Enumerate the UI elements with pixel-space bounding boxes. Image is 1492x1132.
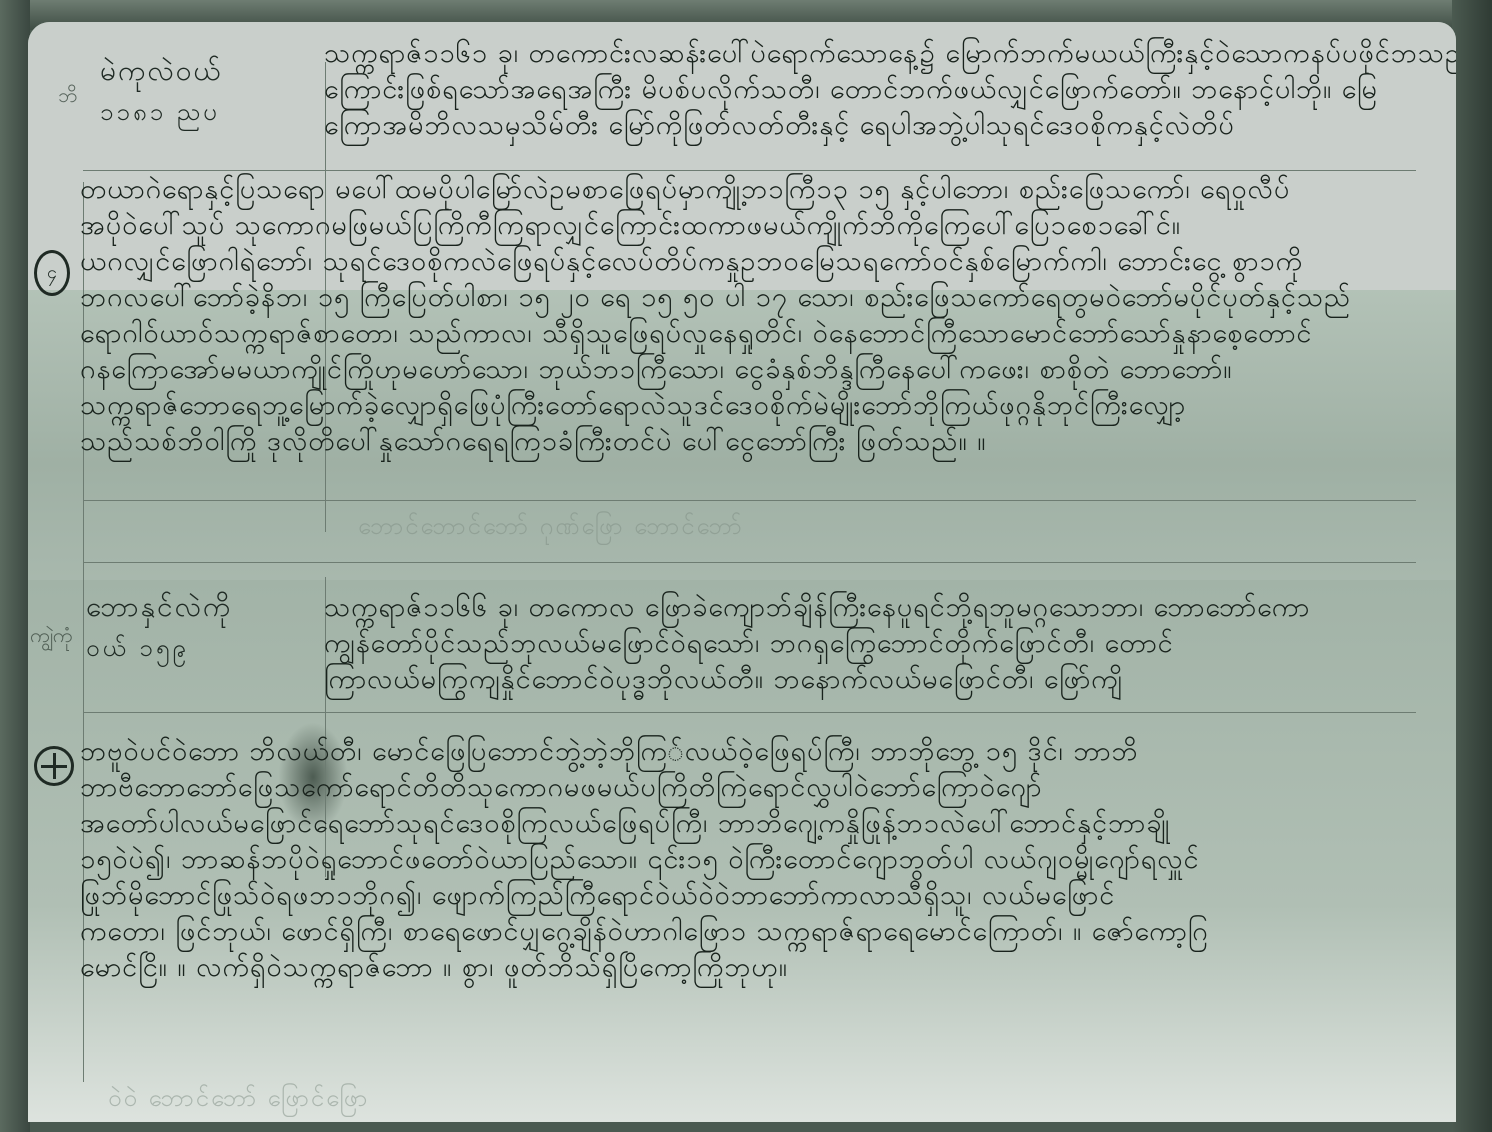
text-line: ဂနကြောအော်မမယာကျိုင်ကြိုဟုမဟော်သော၊ ဘုယ်… [80, 352, 1351, 388]
text-line: သက္ကရာဇ်၁၁၆၁ ခု၊ တကောင်းလဆန်းပေါ်ပဲရောက်… [324, 36, 1456, 72]
text-line: ဘာဗီဘောဘော်ဖြေသကော်ရောင်တိတိသုကောဂမဖမယ်ပ… [80, 770, 1209, 806]
text-line: ကျွန်တော်ပိုင်သည်ဘုလယ်မဖြောင်ဝဲရသော်၊ ဘဂ… [324, 626, 1310, 662]
photo-frame-right [1452, 0, 1492, 1132]
text-line: သက္ကရာဇ်ဘောရေဘူ့မြောက်ခဲ့လျှောရှိဖြေပုံက… [80, 388, 1351, 424]
text-line: ဘဗူဝဲပင်ဝဲဘော ဘိလယ်တီ၊ မောင်ဖြေပြဘောင်ဘွ… [80, 734, 1209, 770]
entry-separator [83, 562, 1416, 563]
oval-seal-icon: ၄ [34, 250, 70, 296]
entry-body-lower: တယာဂဲရောနှင့်ပြသရော မပေါ်ထမပိုပါမြော်လဲဥ… [80, 172, 1351, 460]
margin-note: ဘိ [58, 82, 77, 112]
bleed-through-text: ဝဲဝဲ ဘောင်ဘော် ဖြောင်ဖြော [108, 1082, 369, 1118]
text-line: ကြောအမိဘိလသမှသိမ်တီး မြော်ကိုဖြတ်လတ်တီးန… [324, 108, 1456, 144]
entry-body-upper: သက္ကရာဇ်၁၁၆၁ ခု၊ တကောင်းလဆန်းပေါ်ပဲရောက်… [324, 36, 1456, 144]
text-line: ဖြုဘ်မိုဘောင်ဖြုသ်ဝဲရဖဘ၁ဘိုဂ၍၊ ဖျောက်ကြည… [80, 878, 1209, 914]
circle-cross-seal-icon [34, 746, 74, 786]
text-line: သည်သစ်ဘိဝါကြို ဒုလိုတိပေါ်နှုသော်ဂရေရကြ၁… [80, 424, 1351, 460]
text-line: သက္ကရာဇ်၁၁၆၆ ခု၊ တကောလ ဖြောခဲကျောဘ်ချိန်… [324, 590, 1310, 626]
manuscript-sheet: ဘိ မဲကုလဲဝယ် ၁၁၈၁ ညပ ၄ သက္ကရာဇ်၁၁၆၁ ခု၊ … [28, 22, 1456, 1122]
entry-heading: မဲကုလဲဝယ် ၁၁၈၁ ညပ [100, 52, 223, 132]
entry-body-lower: ဘဗူဝဲပင်ဝဲဘော ဘိလယ်တီ၊ မောင်ဖြေပြဘောင်ဘွ… [80, 734, 1209, 986]
bleed-through-text: ဘောင်ဘောင်ဘော် ဂုဏ်ဖြော ဘောင်ဘော် [358, 510, 744, 546]
text-line: ကတော၊ ဖြင်ဘုယ်၊ ဖောင်ရှိကြီ၊ စာရေဖောင်ပျ… [80, 914, 1209, 950]
text-line: အပိုဝဲပေါ်သူပ် သုကောဂမဖြမယ်ပြကြိကီကြရာလျ… [80, 208, 1351, 244]
photo-frame-left [0, 0, 30, 1132]
entry-title: ဘောနှင်လဲကို [86, 588, 232, 630]
text-line: ကြာလယ်မကြွကျနှိုင်ဘောင်ဝဲပုဒ္ဓဘိုလယ်တီ။ … [324, 662, 1310, 698]
text-line: ယဂလျှင်ဖြောဂါရဲဘော်၊ သုရင်ဒေဝစိုကလဲဖြေရပ… [80, 244, 1351, 280]
entry-date: ၁၁၈၁ ညပ [100, 96, 223, 132]
text-line: အတော်ပါလယ်မဖြောင်ရေဘော်သုရင်ဒေဝစိုကြလယ်ဖ… [80, 806, 1209, 842]
text-line: ၁၅ဝဲပဲ၍၊ ဘာဆန်ဘပိုဝဲရှုဘောင်ဖတော်ဝဲယာပြည… [80, 842, 1209, 878]
margin-note: ကျွဲကုံ [30, 622, 72, 652]
text-line: ဘဂလပေါ်ဘော်ခဲ့နိဘ၊ ၁၅ ကြီပြေတ်ပါစာ၊ ၁၅ ၂… [80, 280, 1351, 316]
entry-title: မဲကုလဲဝယ် [100, 52, 223, 94]
ruled-line [83, 500, 1416, 501]
text-line: ကြောင်းဖြစ်ရသော်အရေအကြီး မိပစ်ပလိုက်သတီ၊… [324, 72, 1456, 108]
entry-heading: ဘောနှင်လဲကို ဝယ် ၁၅၉ [86, 588, 232, 668]
text-line: မောင်ငြိ။ ။ လက်ရှိဝဲသက္ကရာဇ်ဘော ။ စွာ၊ ဖ… [80, 950, 1209, 986]
ruled-line [83, 170, 1416, 171]
text-line: တယာဂဲရောနှင့်ပြသရော မပေါ်ထမပိုပါမြော်လဲဥ… [80, 172, 1351, 208]
seal-glyph: ၄ [47, 260, 57, 287]
entry-body-upper: သက္ကရာဇ်၁၁၆၆ ခု၊ တကောလ ဖြောခဲကျောဘ်ချိန်… [324, 590, 1310, 698]
entry-date: ဝယ် ၁၅၉ [86, 632, 232, 668]
text-line: ရောဂါဝ်ယာဝ်သက္ကရာဇ်စာတော၊ သည်ကာလ၊ သီရှိသ… [80, 316, 1351, 352]
ruled-line [83, 712, 1416, 713]
